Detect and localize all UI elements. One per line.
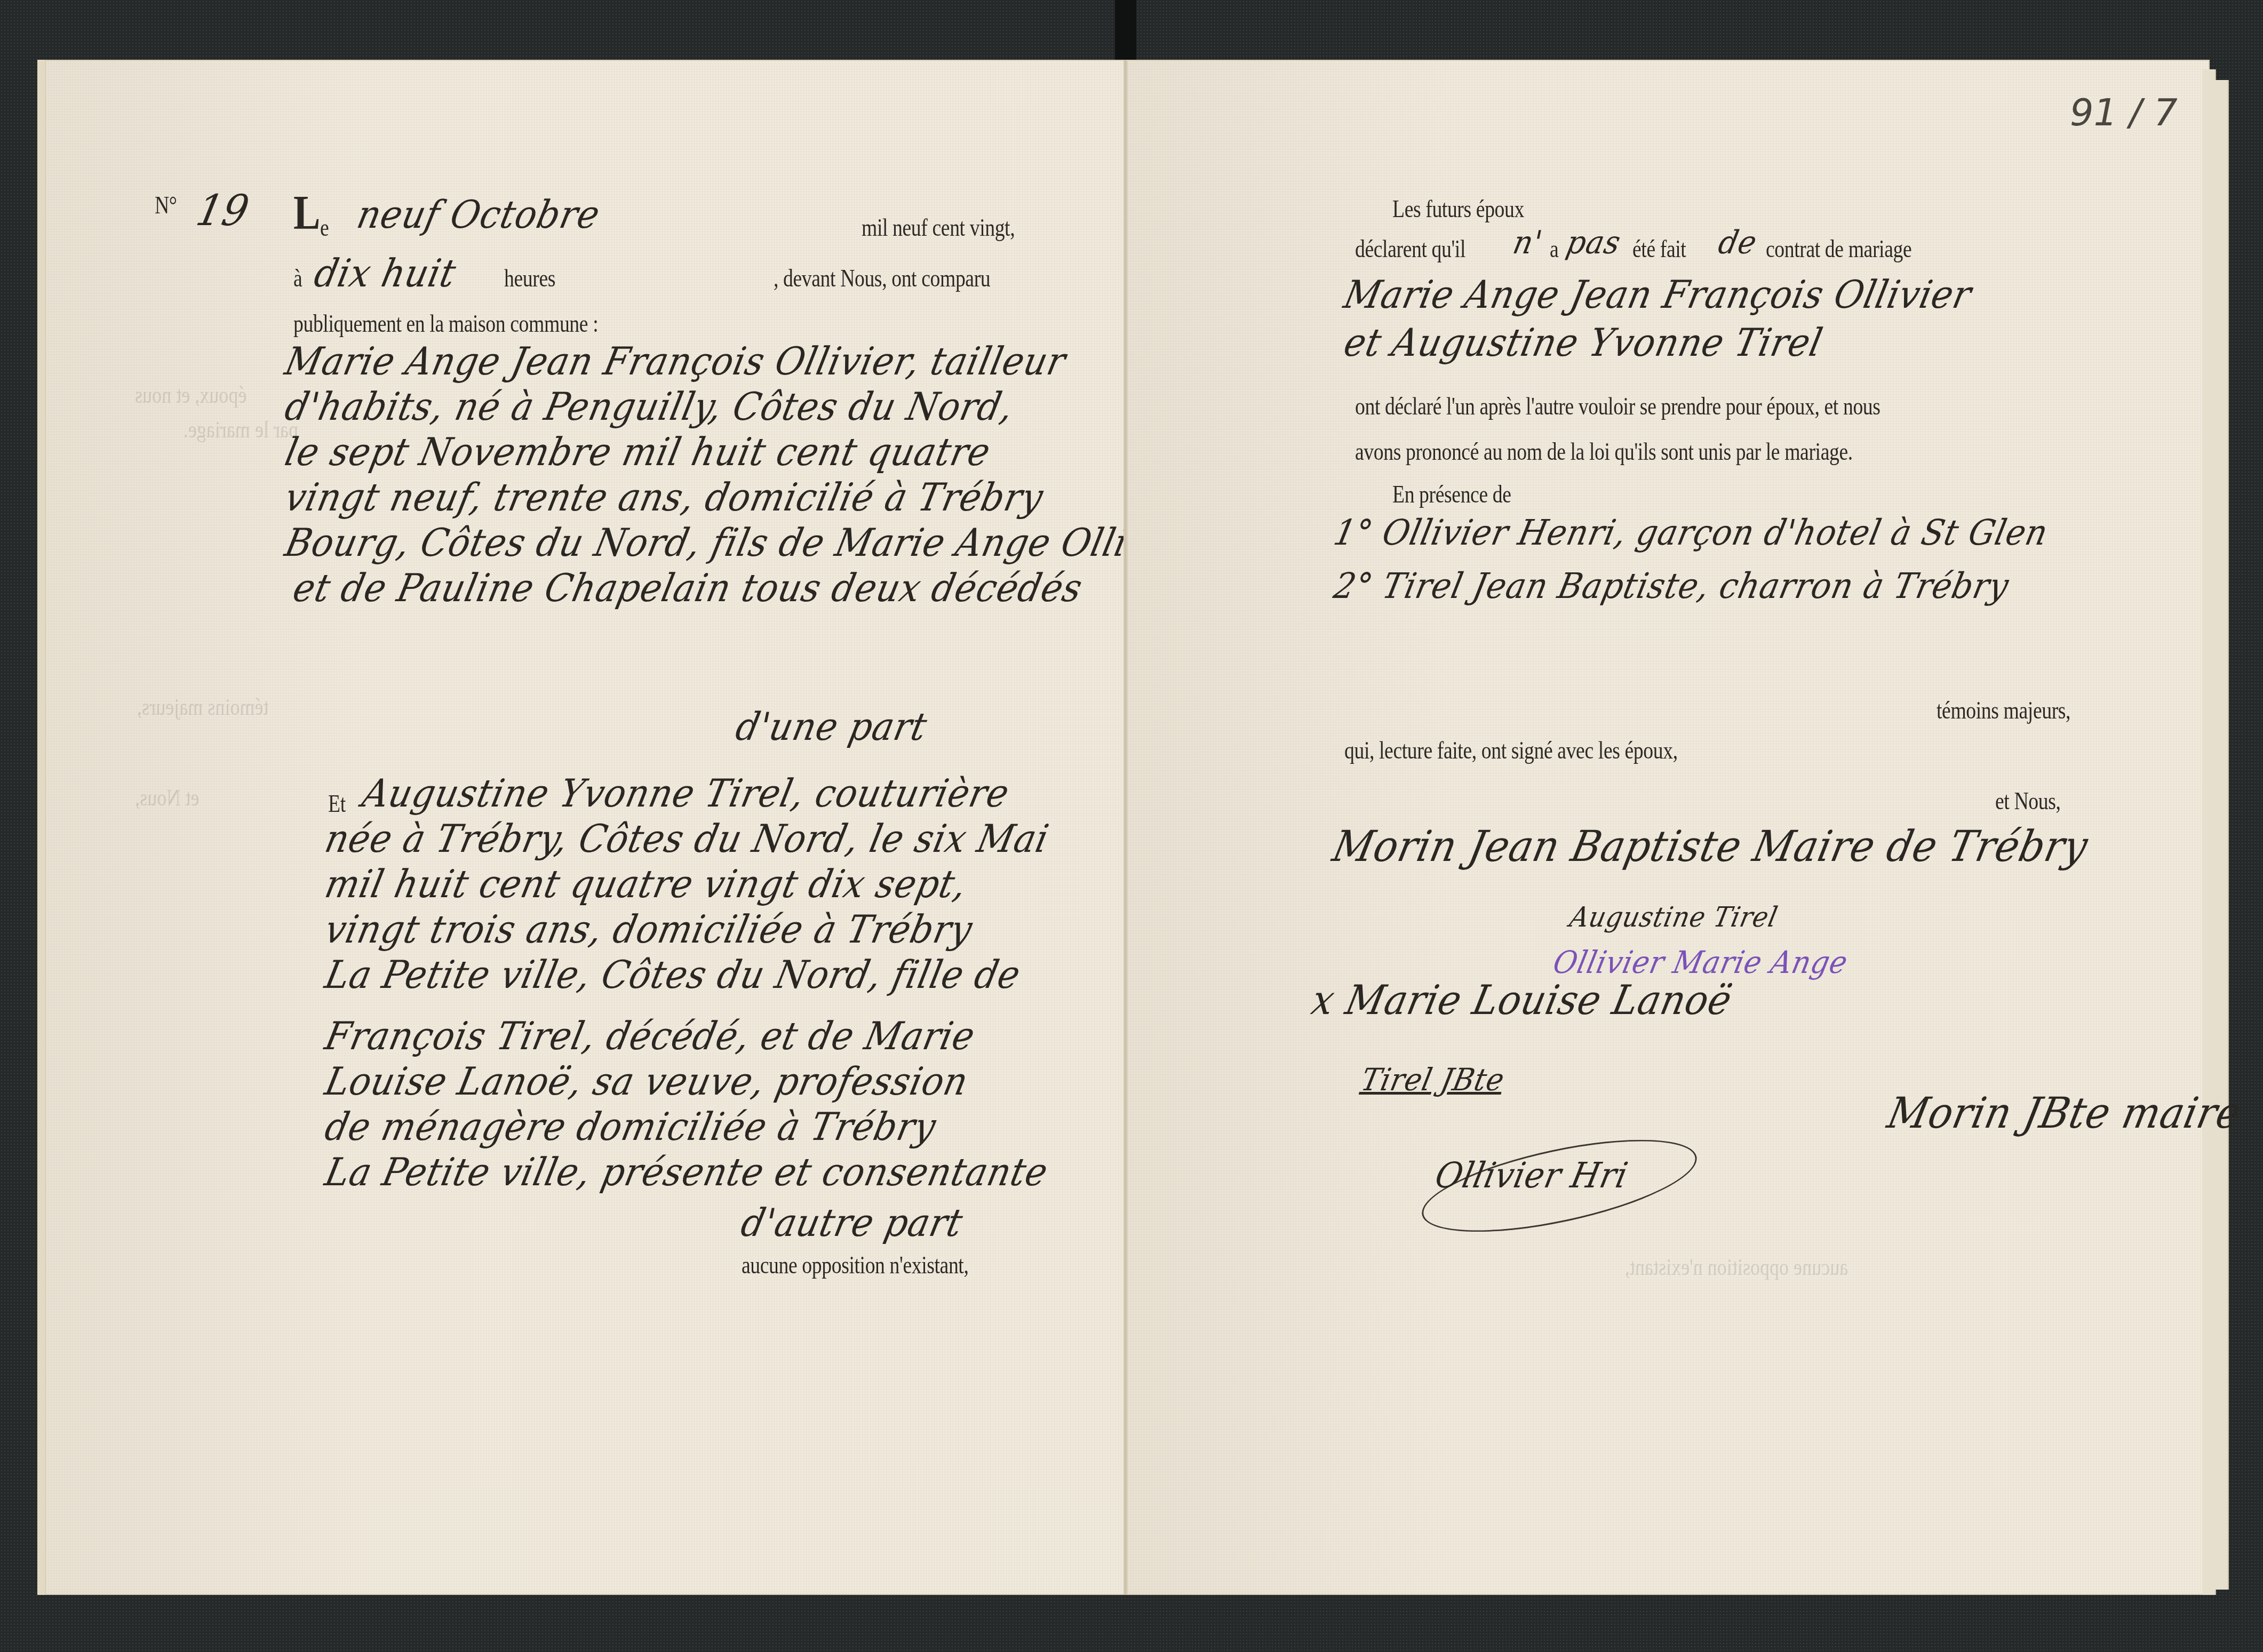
binding-spine — [1115, 0, 1136, 60]
opposition-text: aucune opposition n'existant, — [742, 1251, 968, 1279]
page-stack-edge — [2215, 80, 2229, 1590]
signature-mother: x Marie Louise Lanoë — [1308, 976, 1736, 1024]
groom-line: vingt neuf, trente ans, domicilié à Tréb… — [281, 475, 1047, 520]
devant-nous: , devant Nous, ont comparu — [774, 264, 990, 292]
declarent-c: été fait — [1632, 235, 1686, 263]
heures-label: heures — [504, 264, 555, 292]
mayor-line: Morin Jean Baptiste Maire de Trébry — [1328, 821, 2092, 871]
bleed-through-text: par le mariage. — [184, 416, 298, 443]
lecture-faite: qui, lecture faite, ont signé avec les é… — [1344, 736, 1678, 764]
register-spread: époux, et nous par le mariage. témoins m… — [0, 0, 2263, 1652]
groom-line: Bourg, Côtes du Nord, fils de Marie Ange… — [281, 520, 1202, 565]
witness-line: 1° Ollivier Henri, garçon d'hotel à St G… — [1330, 512, 2052, 553]
groom-line: d'habits, né à Penguilly, Côtes du Nord, — [281, 384, 1018, 429]
bride-line: La Petite ville, présente et consentante — [321, 1150, 1052, 1194]
groom-line: le sept Novembre mil huit cent quatre — [281, 429, 994, 474]
bride-line: de ménagère domiciliée à Trébry — [321, 1104, 940, 1149]
hour-hand: dix huit — [310, 251, 460, 296]
declarent-hand-pas: pas — [1563, 224, 1624, 261]
temoins-majeurs: témoins majeurs, — [1937, 696, 2070, 724]
bleed-through-text: et Nous, — [135, 784, 199, 811]
entry-number-label: N° — [155, 191, 177, 219]
declarent-d: contrat de mariage — [1766, 235, 1911, 263]
signature-witness2: Tirel JBte — [1358, 1062, 1508, 1098]
bride-line: Augustine Yvonne Tirel, couturière — [358, 771, 1013, 816]
declarent-a: déclarent qu'il — [1355, 235, 1465, 263]
une-part: d'une part — [732, 704, 931, 749]
signature-groom: Ollivier Marie Ange — [1550, 944, 1851, 980]
line1-prefix: e — [320, 213, 329, 242]
signature-bride: Augustine Tirel — [1567, 901, 1780, 933]
maison-commune: publiquement en la maison commune : — [293, 309, 598, 338]
bride-line: La Petite ville, Côtes du Nord, fille de — [321, 952, 1024, 997]
groom-line: et de Pauline Chapelain tous deux décédé… — [289, 565, 1087, 610]
signature-witness1: Ollivier Hri — [1432, 1155, 1632, 1196]
declare-line: avons prononcé au nom de la loi qu'ils s… — [1355, 437, 1853, 466]
groom-line: Marie Ange Jean François Ollivier, taill… — [281, 339, 1070, 384]
bride-line: vingt trois ans, domiciliée à Trébry — [321, 907, 976, 952]
bleed-through-text: aucune opposition n'existant, — [1625, 1254, 1848, 1281]
drop-cap: L — [293, 184, 320, 241]
signature-mayor: Morin JBte maire — [1883, 1088, 2246, 1138]
et-nous: et Nous, — [1995, 787, 2060, 815]
bride-line: François Tirel, décédé, et de Marie — [321, 1013, 979, 1058]
page-stack-edge — [2202, 69, 2216, 1595]
folio-number: 91 / 7 — [2070, 91, 2178, 134]
year-print: mil neuf cent vingt, — [862, 213, 1015, 242]
bleed-through-text: témoins majeurs, — [137, 693, 268, 721]
marriage-date-hand: neuf Octobre — [353, 192, 604, 237]
declarent-hand-de: de — [1715, 224, 1760, 261]
declarent-b: a — [1550, 235, 1558, 263]
couple-line: et Augustine Yvonne Tirel — [1340, 320, 1827, 365]
bride-line: mil huit cent quatre vingt dix sept, — [321, 861, 971, 906]
bride-line: Louise Lanoë, sa veuve, profession — [321, 1059, 972, 1104]
bride-line: née à Trébry, Côtes du Nord, le six Mai — [321, 816, 1053, 861]
bleed-through-text: époux, et nous — [135, 381, 246, 409]
hour-label-a: à — [293, 264, 302, 292]
couple-line: Marie Ange Jean François Ollivier — [1340, 272, 1975, 317]
futurs-epoux: Les futurs époux — [1392, 195, 1524, 223]
entry-number: 19 — [192, 186, 253, 235]
witness-line: 2° Tirel Jean Baptiste, charron à Trébry — [1330, 565, 2013, 606]
et-label: Et — [328, 789, 346, 818]
declare-line: ont déclaré l'un après l'autre vouloir s… — [1355, 392, 1880, 420]
autre-part: d'autre part — [737, 1200, 967, 1245]
presence-label: En présence de — [1392, 480, 1511, 508]
